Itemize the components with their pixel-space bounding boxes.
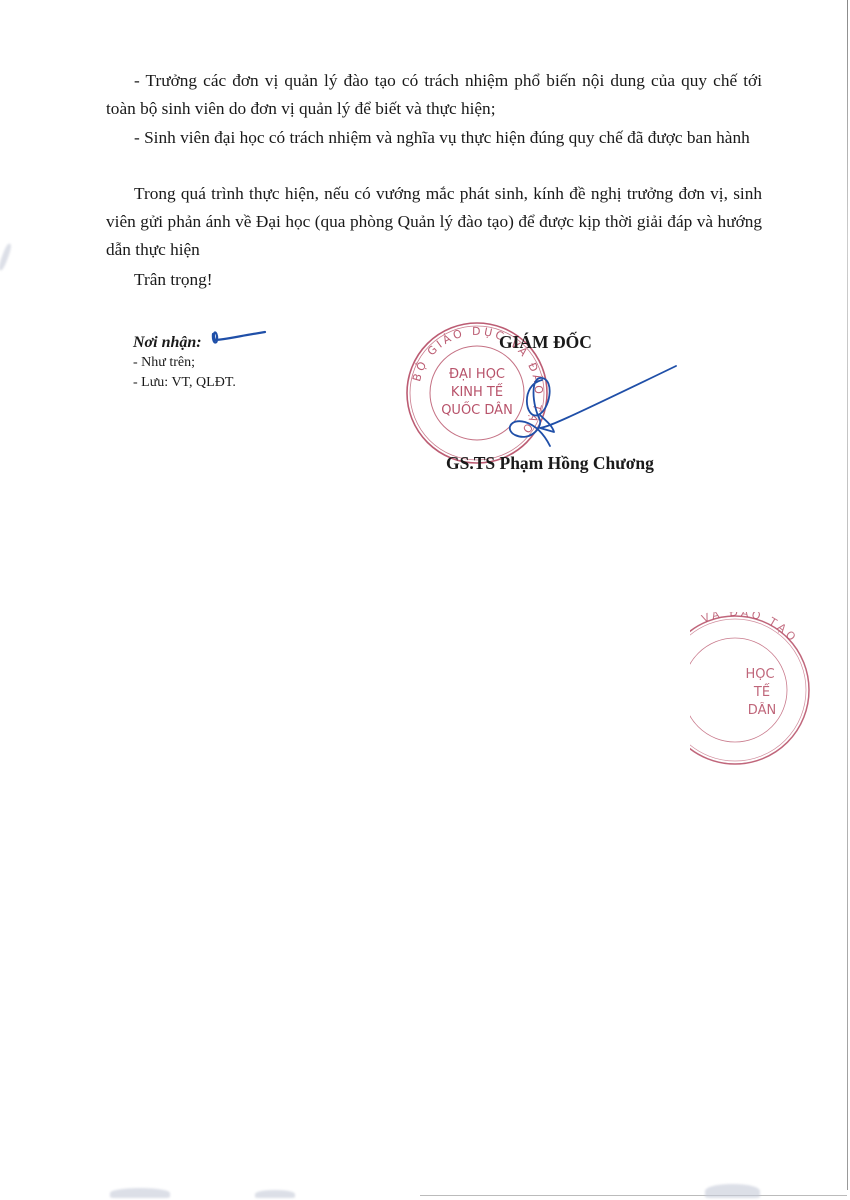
initial-mark-icon (210, 326, 270, 350)
signer-title: GIÁM ĐỐC (499, 332, 592, 353)
paragraph-feedback: Trong quá trình thực hiện, nếu có vướng … (106, 180, 762, 264)
scan-smudge (110, 1188, 170, 1198)
partial-stamp-icon: VÀ ĐÀO TẠO HỌC TẾ DÂN (690, 612, 820, 772)
recipient-item: - Lưu: VT, QLĐT. (133, 373, 236, 393)
recipient-item: - Như trên; (133, 353, 236, 373)
handwritten-signature-icon (480, 360, 680, 455)
paragraph-unit-heads: - Trưởng các đơn vị quản lý đào tạo có t… (106, 67, 762, 123)
scan-edge-right (847, 0, 848, 1190)
svg-text:TẾ: TẾ (753, 683, 771, 700)
svg-text:DÂN: DÂN (748, 702, 776, 718)
document-page: - Trưởng các đơn vị quản lý đào tạo có t… (0, 0, 850, 1200)
signer-name: GS.TS Phạm Hồng Chương (446, 453, 654, 474)
scan-smudge (705, 1184, 760, 1198)
scan-smudge (0, 243, 13, 271)
svg-text:HỌC: HỌC (745, 667, 774, 682)
scan-edge-bottom (420, 1195, 847, 1196)
paragraph-students: - Sinh viên đại học có trách nhiệm và ng… (106, 124, 750, 152)
scan-smudge (255, 1190, 295, 1198)
closing-regards: Trân trọng! (106, 266, 213, 294)
